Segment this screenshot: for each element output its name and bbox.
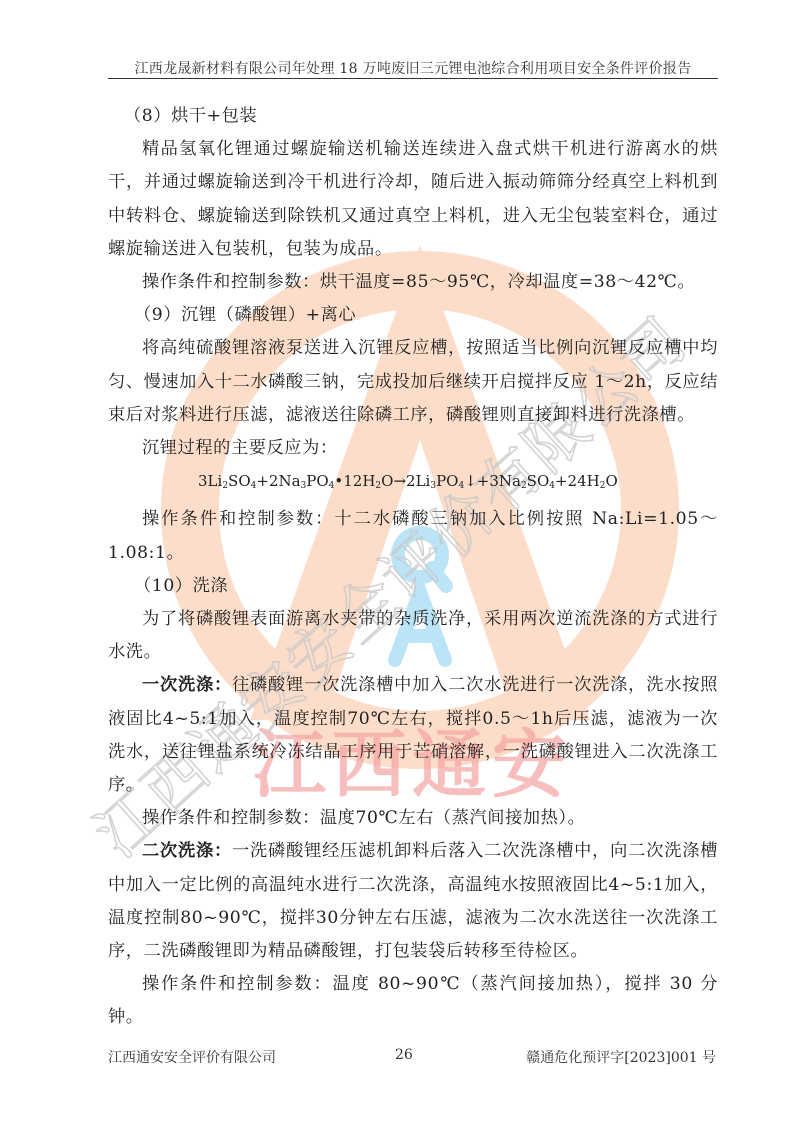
paragraph: 将高纯硫酸锂溶液泵送进入沉锂反应槽，按照适当比例向沉锂反应槽中均匀、慢速加入十二…: [108, 332, 718, 432]
first-wash-label: 一次洗涤：: [142, 675, 232, 695]
section-heading: （10）洗涤: [108, 570, 718, 603]
section-heading: （8）烘干+包装: [108, 100, 718, 133]
first-wash-paragraph: 一次洗涤：往磷酸锂一次洗涤槽中加入二次水洗进行一次洗涤，洗水按照液固比4~5:1…: [108, 669, 718, 802]
paragraph: 操作条件和控制参数：温度 80~90℃（蒸汽间接加热），搅拌 30 分钟。: [108, 968, 718, 1034]
footer-company: 江西通安安全评价有限公司: [108, 1047, 276, 1067]
page-header: 江西龙晟新材料有限公司年处理 18 万吨废旧三元锂电池综合利用项目安全条件评价报…: [108, 58, 718, 78]
section-heading: （9）沉锂（磷酸锂）+离心: [108, 299, 718, 332]
document-number: 赣通危化预评字[2023]001 号: [526, 1047, 716, 1067]
paragraph: 操作条件和控制参数：温度70℃左右（蒸汽间接加热）。: [108, 802, 718, 835]
paragraph: 沉锂过程的主要反应为：: [108, 432, 718, 465]
page-number: 26: [395, 1047, 413, 1063]
second-wash-label: 二次洗涤：: [142, 841, 232, 861]
paragraph: 操作条件和控制参数：十二水磷酸三钠加入比例按照 Na:Li=1.05～1.08:…: [108, 503, 718, 569]
header-divider: [108, 78, 718, 79]
document-body: （8）烘干+包装 精品氢氧化锂通过螺旋输送机输送连续进入盘式烘干机进行游离水的烘…: [108, 100, 718, 1035]
chemical-equation: 3Li2SO4+2Na3PO4•12H2O→2Li3PO4↓+3Na2SO4+2…: [108, 465, 718, 503]
paragraph: 精品氢氧化锂通过螺旋输送机输送连续进入盘式烘干机进行游离水的烘干，并通过螺旋输送…: [108, 133, 718, 266]
second-wash-paragraph: 二次洗涤：一洗磷酸锂经压滤机卸料后落入二次洗涤槽中，向二次洗涤槽中加入一定比例的…: [108, 835, 718, 968]
paragraph: 为了将磷酸锂表面游离水夹带的杂质洗净，采用两次逆流洗涤的方式进行水洗。: [108, 603, 718, 669]
paragraph: 操作条件和控制参数：烘干温度=85～95℃，冷却温度=38～42℃。: [108, 266, 718, 299]
